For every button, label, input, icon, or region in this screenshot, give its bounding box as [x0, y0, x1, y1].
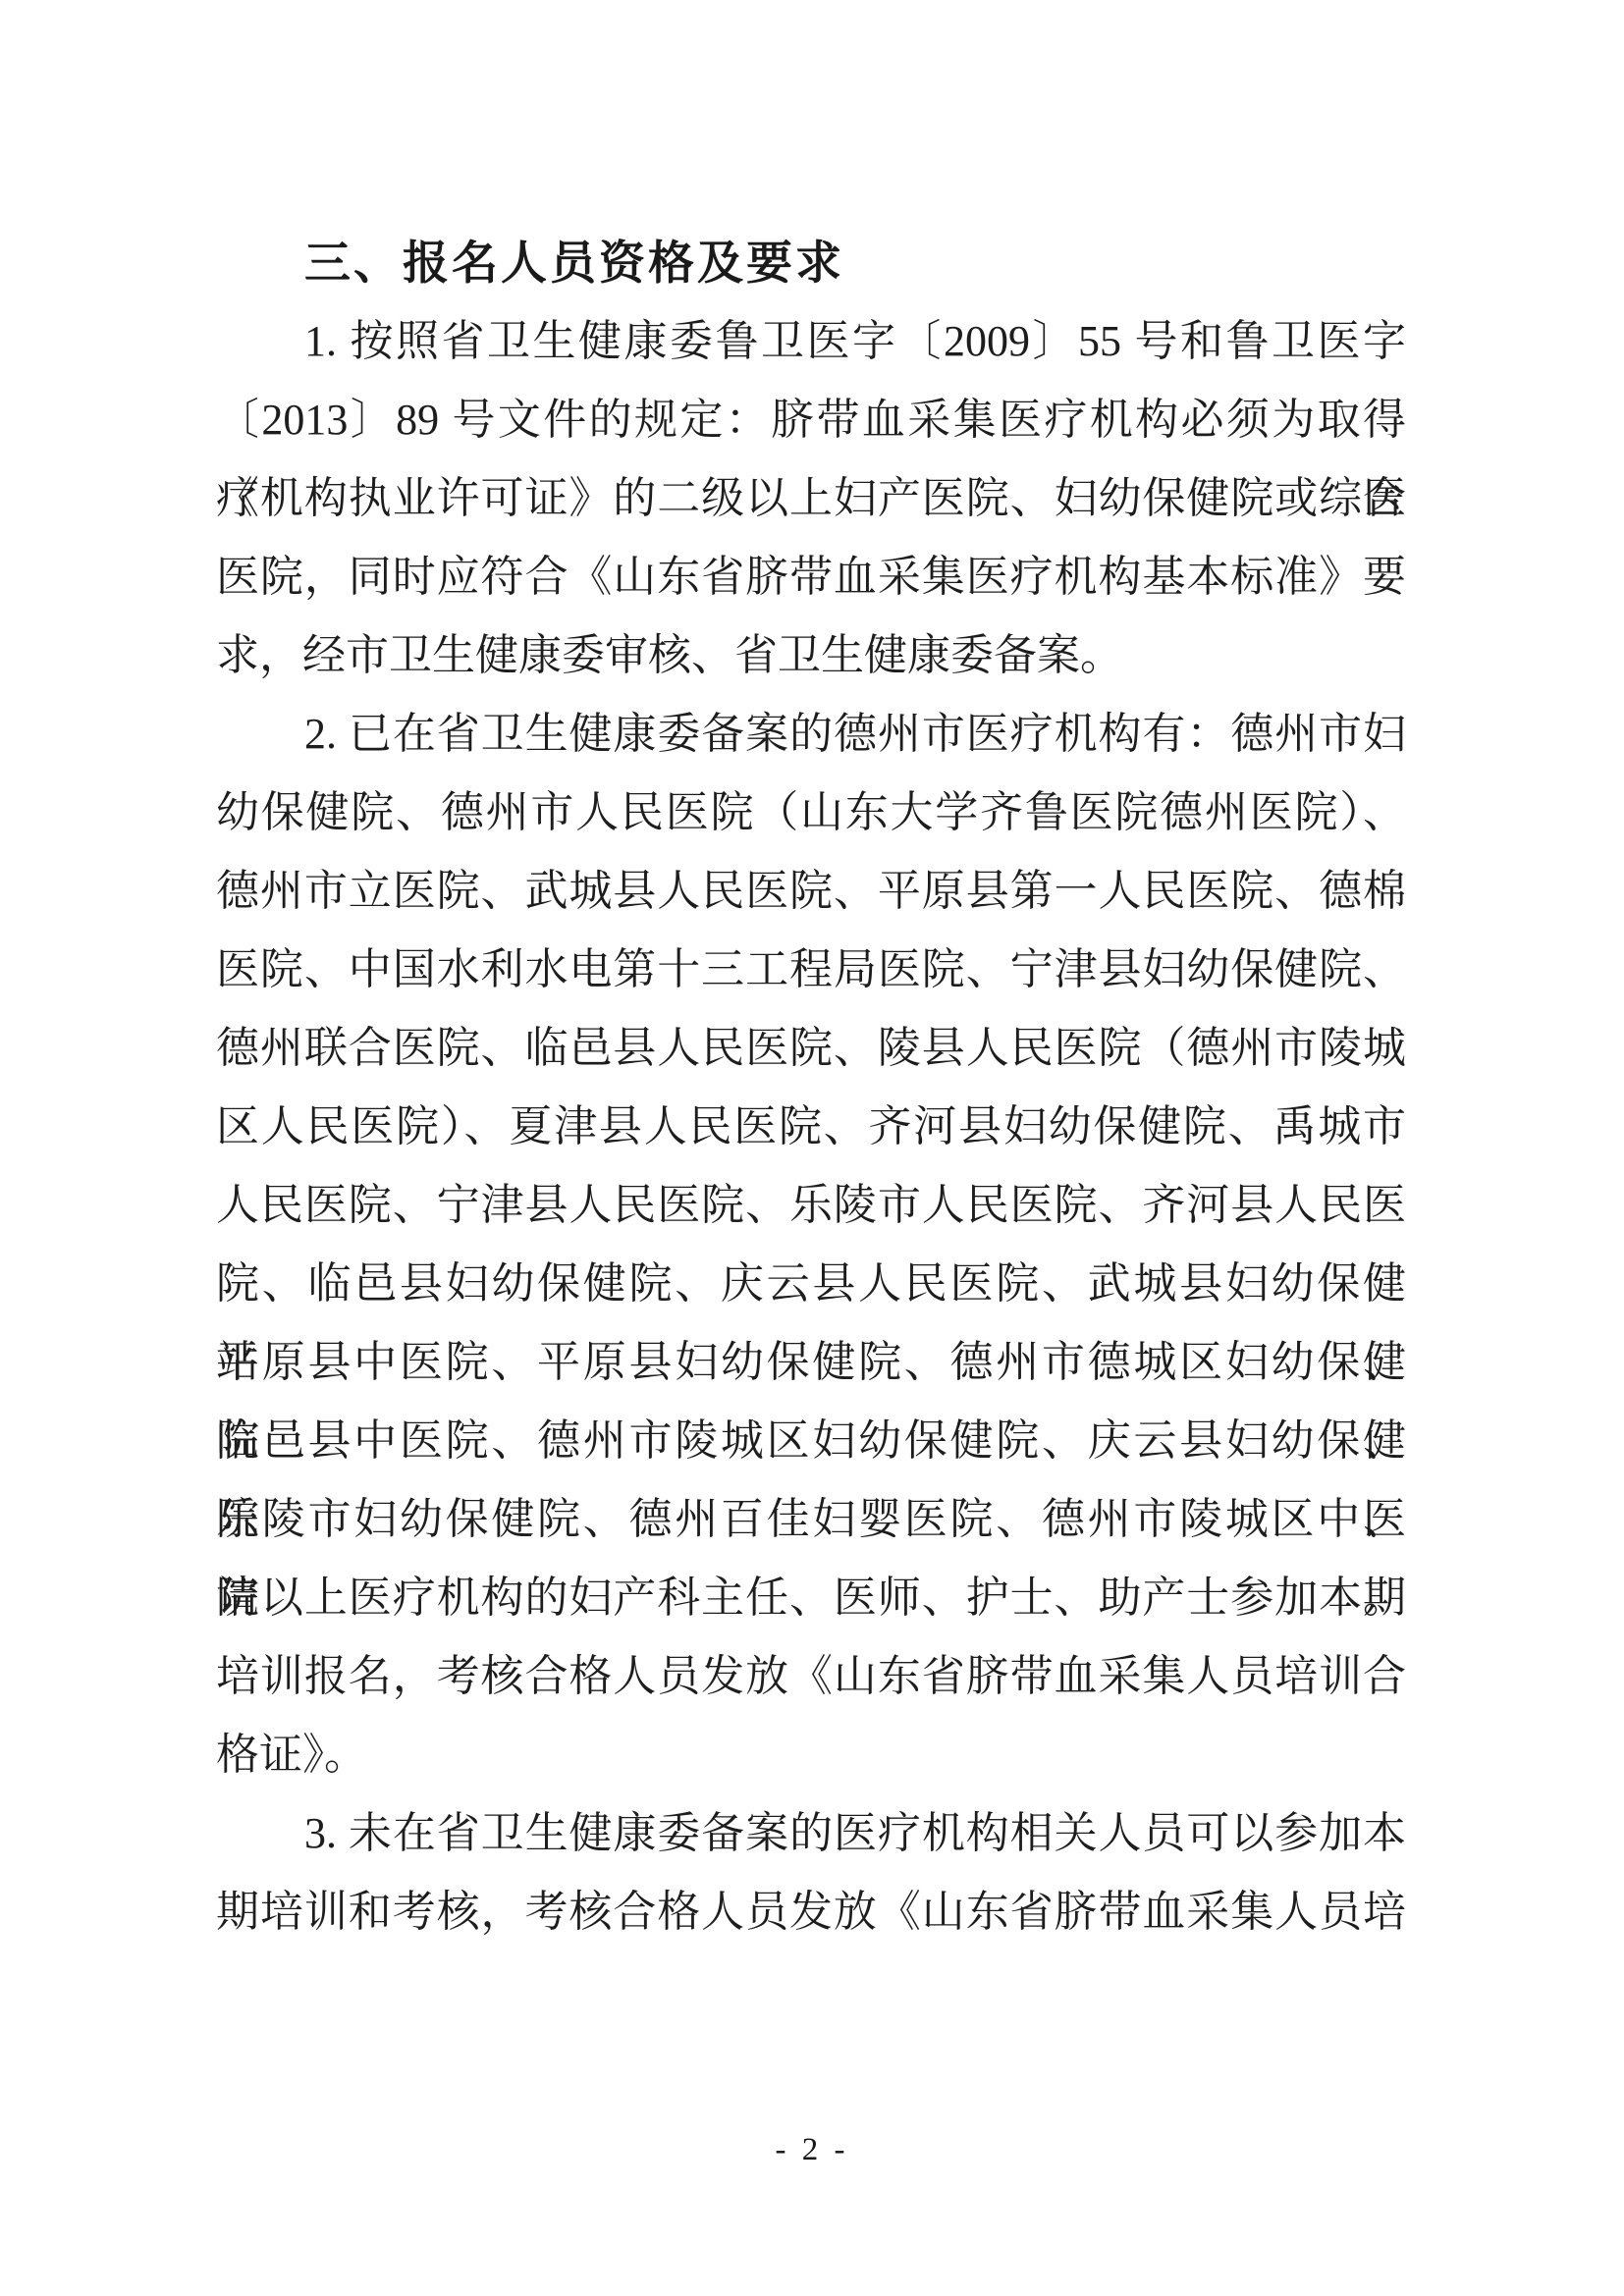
paragraph-2-line-8: 院、临邑县妇幼保健院、庆云县人民医院、武城县妇幼保健站、	[216, 1245, 1406, 1323]
document-body: 三、报名人员资格及要求 1. 按照省卫生健康委鲁卫医字〔2009〕55 号和鲁卫…	[216, 224, 1406, 1951]
paragraph-2-line-13: 培训报名，考核合格人员发放《山东省脐带血采集人员培训合	[216, 1637, 1406, 1716]
paragraph-2-line-12: 请以上医疗机构的妇产科主任、医师、护士、助产士参加本期	[216, 1559, 1406, 1637]
page-number: - 2 -	[0, 2130, 1624, 2169]
paragraph-3-line-1: 3. 未在省卫生健康委备案的医疗机构相关人员可以参加本	[216, 1794, 1406, 1873]
document-page: 三、报名人员资格及要求 1. 按照省卫生健康委鲁卫医字〔2009〕55 号和鲁卫…	[0, 0, 1624, 2296]
paragraph-2-line-10: 临邑县中医院、德州市陵城区妇幼保健院、庆云县妇幼保健院、	[216, 1402, 1406, 1480]
paragraph-2-line-9: 平原县中医院、平原县妇幼保健院、德州市德城区妇幼保健院、	[216, 1323, 1406, 1402]
paragraph-2-line-4: 医院、中国水利水电第十三工程局医院、宁津县妇幼保健院、	[216, 931, 1406, 1009]
paragraph-1-line-2: 〔2013〕89 号文件的规定：脐带血采集医疗机构必须为取得《医	[216, 381, 1406, 459]
section-heading: 三、报名人员资格及要求	[216, 224, 1406, 302]
paragraph-2-line-11: 乐陵市妇幼保健院、德州百佳妇婴医院、德州市陵城区中医院。	[216, 1480, 1406, 1559]
paragraph-1-line-4: 医院，同时应符合《山东省脐带血采集医疗机构基本标准》要	[216, 538, 1406, 616]
paragraph-2-line-1: 2. 已在省卫生健康委备案的德州市医疗机构有：德州市妇	[216, 695, 1406, 774]
paragraph-1-line-5: 求，经市卫生健康委审核、省卫生健康委备案。	[216, 616, 1406, 695]
paragraph-2-line-3: 德州市立医院、武城县人民医院、平原县第一人民医院、德棉	[216, 852, 1406, 931]
paragraph-2-line-14: 格证》。	[216, 1716, 1406, 1794]
paragraph-2-line-7: 人民医院、宁津县人民医院、乐陵市人民医院、齐河县人民医	[216, 1166, 1406, 1245]
paragraph-1-line-1: 1. 按照省卫生健康委鲁卫医字〔2009〕55 号和鲁卫医字	[216, 302, 1406, 381]
paragraph-3-line-2: 期培训和考核，考核合格人员发放《山东省脐带血采集人员培	[216, 1873, 1406, 1951]
paragraph-2-line-5: 德州联合医院、临邑县人民医院、陵县人民医院（德州市陵城	[216, 1009, 1406, 1088]
paragraph-2-line-6: 区人民医院）、夏津县人民医院、齐河县妇幼保健院、禹城市	[216, 1088, 1406, 1166]
paragraph-2-line-2: 幼保健院、德州市人民医院（山东大学齐鲁医院德州医院）、	[216, 774, 1406, 852]
paragraph-1-line-3: 疗机构执业许可证》的二级以上妇产医院、妇幼保健院或综合	[216, 459, 1406, 538]
